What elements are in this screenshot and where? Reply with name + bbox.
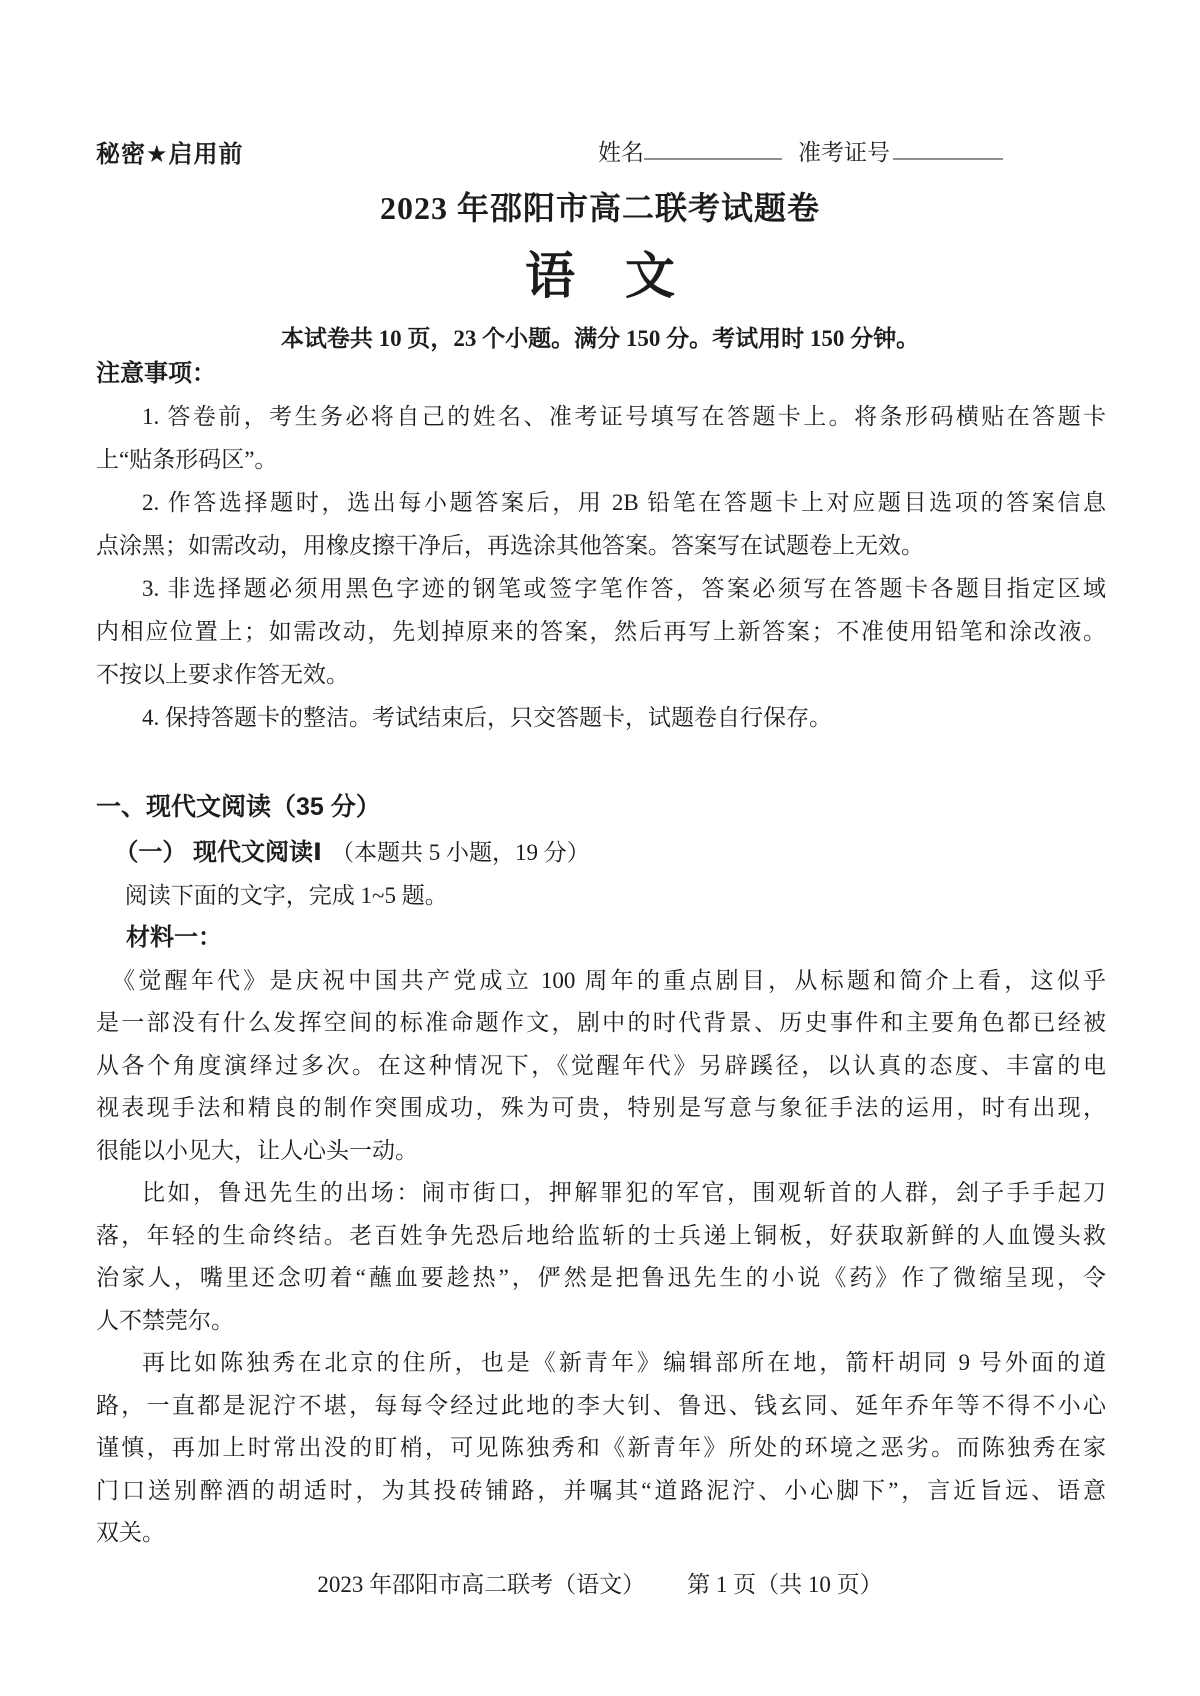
text-line: 《觉醒年代》是庆祝中国共产党成立 100 周年的重点剧目，从标题和简介上看，这似… (96, 960, 1106, 1003)
text-line: 双关。 (96, 1512, 1106, 1555)
page-header: 秘密★启用前 姓名准考证号 (96, 132, 1106, 166)
material-one-lines: 《觉醒年代》是庆祝中国共产党成立 100 周年的重点剧目，从标题和简介上看，这似… (96, 960, 1106, 1555)
notices-heading: 注意事项： (96, 352, 1106, 395)
text-line: 视表现手法和精良的制作突围成功，殊为可贵，特别是写意与象征手法的运用，时有出现， (96, 1087, 1106, 1130)
subject-title: 语 文 (0, 248, 1200, 304)
text-line: 不按以上要求作答无效。 (96, 653, 1106, 696)
section-one-heading: 一、现代文阅读（35 分） (96, 791, 1106, 823)
text-line: 门口送别醉酒的胡适时，为其投砖铺路，并嘱其“道路泥泞、小心脚下”，言近旨远、语意 (96, 1470, 1106, 1513)
text-line: 谨慎，再加上时常出没的盯梢，可见陈独秀和《新青年》所处的环境之恶劣。而陈独秀在家 (96, 1427, 1106, 1470)
text-line: 人不禁莞尔。 (96, 1300, 1106, 1343)
text-line: 路，一直都是泥泞不堪，每每令经过此地的李大钊、鲁迅、钱玄同、延年乔年等不得不小心 (96, 1385, 1106, 1428)
text-line: 4. 保持答题卡的整洁。考试结束后，只交答题卡，试题卷自行保存。 (96, 696, 1106, 739)
exam-paper-page: 秘密★启用前 姓名准考证号 2023 年邵阳市高二联考试题卷 语 文 本试卷共 … (0, 0, 1200, 1696)
material-one-label: 材料一： (96, 917, 1106, 960)
reading-subheading-note: （本题共 5 小题，19 分） (331, 840, 590, 865)
text-line: 1. 答卷前，考生务必将自己的姓名、准考证号填写在答题卡上。将条形码横贴在答题卡 (96, 395, 1106, 438)
notices-lines: 1. 答卷前，考生务必将自己的姓名、准考证号填写在答题卡上。将条形码横贴在答题卡… (96, 395, 1106, 739)
text-line: 内相应位置上；如需改动，先划掉原来的答案，然后再写上新答案；不准使用铅笔和涂改液… (96, 610, 1106, 653)
notices-section: 注意事项： 1. 答卷前，考生务必将自己的姓名、准考证号填写在答题卡上。将条形码… (96, 352, 1106, 739)
text-line: 落，年轻的生命终结。老百姓争先恐后地给监斩的士兵递上铜板，好获取新鲜的人血馒头救 (96, 1215, 1106, 1258)
footer-page-number: 第 1 页（共 10 页） (687, 1572, 883, 1597)
name-label: 姓名 (598, 140, 644, 165)
text-line: 3. 非选择题必须用黑色字迹的钢笔或签字笔作答，答案必须写在答题卡各题目指定区域 (96, 567, 1106, 610)
reading-intro: 阅读下面的文字，完成 1~5 题。 (96, 875, 1106, 918)
text-line: 很能以小见大，让人心头一动。 (96, 1130, 1106, 1173)
exam-title: 2023 年邵阳市高二联考试题卷 (0, 183, 1200, 229)
name-blank-line (644, 136, 782, 160)
text-line: 上“贴条形码区”。 (96, 438, 1106, 481)
classification-label: 秘密★启用前 (96, 134, 244, 169)
text-line: 从各个角度演绎过多次。在这种情况下，《觉醒年代》另辟蹊径，以认真的态度、丰富的电 (96, 1045, 1106, 1088)
reading-block: （一） 现代文阅读Ⅰ（本题共 5 小题，19 分） 阅读下面的文字，完成 1~5… (96, 832, 1106, 1555)
page-footer: 2023 年邵阳市高二联考（语文）第 1 页（共 10 页） (0, 1566, 1200, 1599)
text-line: 再比如陈独秀在北京的住所，也是《新青年》编辑部所在地，箭杆胡同 9 号外面的道 (96, 1342, 1106, 1385)
ticket-label: 准考证号 (798, 140, 890, 165)
candidate-fields: 姓名准考证号 (598, 134, 1003, 167)
text-line: 2. 作答选择题时，选出每小题答案后，用 2B 铅笔在答题卡上对应题目选项的答案… (96, 481, 1106, 524)
text-line: 比如，鲁迅先生的出场：闹市街口，押解罪犯的军官，围观斩首的人群，刽子手手起刀 (96, 1172, 1106, 1215)
text-line: 是一部没有什么发挥空间的标准命题作文，剧中的时代背景、历史事件和主要角色都已经被 (96, 1002, 1106, 1045)
reading-subheading: （一） 现代文阅读Ⅰ（本题共 5 小题，19 分） (96, 832, 1106, 875)
ticket-blank-line (893, 136, 1003, 160)
text-line: 治家人，嘴里还念叨着“蘸血要趁热”，俨然是把鲁迅先生的小说《药》作了微缩呈现，令 (96, 1257, 1106, 1300)
text-line: 点涂黑；如需改动，用橡皮擦干净后，再选涂其他答案。答案写在试题卷上无效。 (96, 524, 1106, 567)
footer-exam-name: 2023 年邵阳市高二联考（语文） (317, 1572, 645, 1597)
reading-subheading-title: （一） 现代文阅读Ⅰ (114, 839, 322, 866)
paper-info: 本试卷共 10 页，23 个小题。满分 150 分。考试用时 150 分钟。 (0, 320, 1200, 353)
